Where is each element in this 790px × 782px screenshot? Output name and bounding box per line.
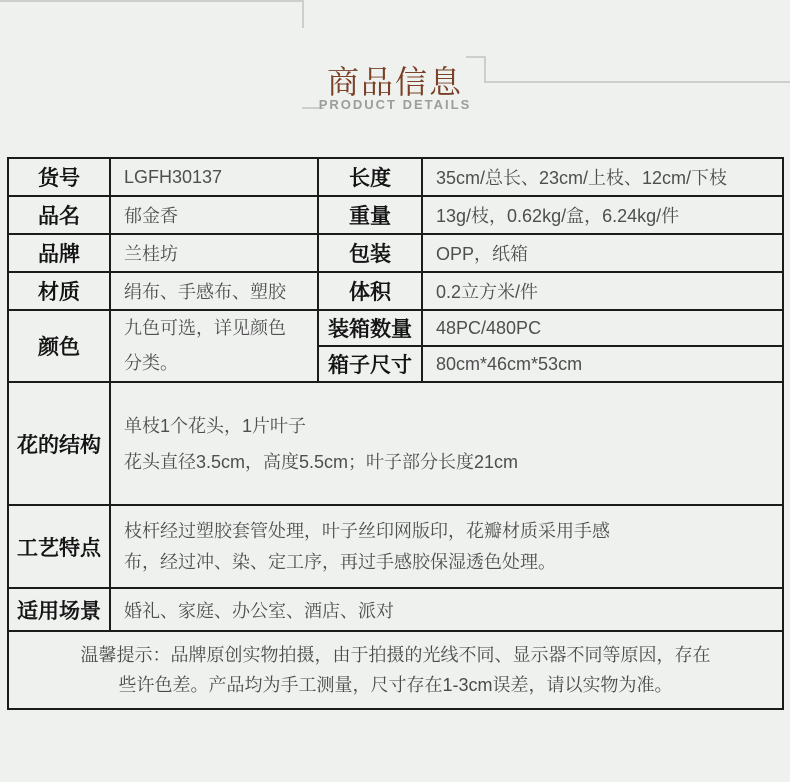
- label-product-name: 品名: [8, 196, 110, 234]
- section-subtitle: PRODUCT DETAILS: [0, 97, 790, 112]
- table-row: 品名 郁金香 重量 13g/枝，0.62kg/盒，6.24kg/件: [8, 196, 783, 234]
- value-flower-structure: 单枝1个花头，1片叶子 花头直径3.5cm，高度5.5cm；叶子部分长度21cm: [110, 382, 783, 505]
- product-spec-table: 货号 LGFH30137 长度 35cm/总长、23cm/上枝、12cm/下枝 …: [7, 157, 784, 710]
- value-item-number: LGFH30137: [110, 158, 318, 196]
- label-flower-structure: 花的结构: [8, 382, 110, 505]
- decor-line-left: [0, 0, 304, 2]
- label-volume: 体积: [318, 272, 422, 310]
- value-craft-line2: 布，经过冲、染、定工序，再过手感胶保湿透色处理。: [124, 547, 772, 578]
- warm-tips-line1: 温馨提示：品牌原创实物拍摄，由于拍摄的光线不同、显示器不同等原因，存在: [15, 640, 776, 670]
- value-weight: 13g/枝，0.62kg/盒，6.24kg/件: [422, 196, 783, 234]
- label-packaging: 包装: [318, 234, 422, 272]
- value-carton-quantity: 48PC/480PC: [422, 310, 783, 346]
- value-length: 35cm/总长、23cm/上枝、12cm/下枝: [422, 158, 783, 196]
- table-row: 品牌 兰桂坊 包装 OPP，纸箱: [8, 234, 783, 272]
- warm-tips-line2: 些许色差。产品均为手工测量，尺寸存在1-3cm误差，请以实物为准。: [15, 670, 776, 700]
- table-row: 适用场景 婚礼、家庭、办公室、酒店、派对: [8, 588, 783, 631]
- label-material: 材质: [8, 272, 110, 310]
- label-brand: 品牌: [8, 234, 110, 272]
- label-applicable-scenes: 适用场景: [8, 588, 110, 631]
- label-item-number: 货号: [8, 158, 110, 196]
- value-packaging: OPP，纸箱: [422, 234, 783, 272]
- table-row: 温馨提示：品牌原创实物拍摄，由于拍摄的光线不同、显示器不同等原因，存在 些许色差…: [8, 631, 783, 709]
- label-craft-features: 工艺特点: [8, 505, 110, 588]
- table-row: 货号 LGFH30137 长度 35cm/总长、23cm/上枝、12cm/下枝: [8, 158, 783, 196]
- product-info-page: 商品信息 PRODUCT DETAILS 货号 LGFH30137 长度 35c…: [0, 0, 790, 782]
- value-color: 九色可选，详见颜色 分类。: [110, 310, 318, 382]
- table-row: 材质 绢布、手感布、塑胶 体积 0.2立方米/件: [8, 272, 783, 310]
- value-craft-features: 枝杆经过塑胶套管处理，叶子丝印网版印，花瓣材质采用手感 布，经过冲、染、定工序，…: [110, 505, 783, 588]
- value-material: 绢布、手感布、塑胶: [110, 272, 318, 310]
- label-box-size: 箱子尺寸: [318, 346, 422, 382]
- label-weight: 重量: [318, 196, 422, 234]
- value-craft-line1: 枝杆经过塑胶套管处理，叶子丝印网版印，花瓣材质采用手感: [124, 516, 772, 547]
- value-flower-line2: 花头直径3.5cm，高度5.5cm；叶子部分长度21cm: [124, 444, 772, 480]
- label-carton-quantity: 装箱数量: [318, 310, 422, 346]
- warm-tips-note: 温馨提示：品牌原创实物拍摄，由于拍摄的光线不同、显示器不同等原因，存在 些许色差…: [8, 631, 783, 709]
- value-volume: 0.2立方米/件: [422, 272, 783, 310]
- table-row: 花的结构 单枝1个花头，1片叶子 花头直径3.5cm，高度5.5cm；叶子部分长…: [8, 382, 783, 505]
- decor-step-left-vertical: [302, 0, 304, 28]
- value-brand: 兰桂坊: [110, 234, 318, 272]
- value-product-name: 郁金香: [110, 196, 318, 234]
- value-color-line2: 分类。: [124, 346, 307, 381]
- label-length: 长度: [318, 158, 422, 196]
- table-row: 工艺特点 枝杆经过塑胶套管处理，叶子丝印网版印，花瓣材质采用手感 布，经过冲、染…: [8, 505, 783, 588]
- value-color-line1: 九色可选，详见颜色: [124, 311, 307, 346]
- value-box-size: 80cm*46cm*53cm: [422, 346, 783, 382]
- label-color: 颜色: [8, 310, 110, 382]
- table-row: 颜色 九色可选，详见颜色 分类。 装箱数量 48PC/480PC: [8, 310, 783, 346]
- value-flower-line1: 单枝1个花头，1片叶子: [124, 408, 772, 444]
- value-applicable-scenes: 婚礼、家庭、办公室、酒店、派对: [110, 588, 783, 631]
